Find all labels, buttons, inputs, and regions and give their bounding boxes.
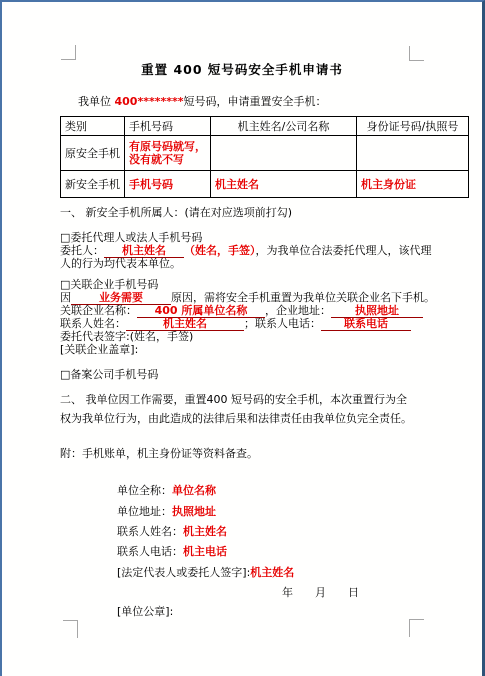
- agent-sign-note: （姓名，手签）: [184, 244, 256, 257]
- old-phone-note-line2: 没有就不写: [129, 153, 206, 166]
- affiliate-phone-value: 联系电话: [344, 317, 388, 330]
- table-row: 新安全手机 手机号码 机主姓名 机主身份证: [61, 171, 469, 198]
- contact-row-company-name: 单位全称：单位名称: [117, 484, 216, 497]
- agent-line1-post: ，为我单位合法委托代理人，该代理: [256, 244, 432, 257]
- affiliate-reason-line: 因业务需要原因，需将安全手机重置为我单位关联企业名下手机。: [60, 291, 435, 305]
- legal-representative-sign-line: [法定代表人或委托人签字]:机主姓名: [117, 566, 294, 579]
- option-agent-line: □委托代理人或法人手机号码: [60, 231, 202, 244]
- document-title: 重置 400 短号码安全手机申请书: [2, 63, 482, 76]
- table-header-row: 类别 手机号码 机主姓名/公司名称 身份证号码/执照号: [61, 117, 469, 136]
- col-header-category: 类别: [61, 117, 125, 136]
- cell-new-phone-category: 新安全手机: [61, 171, 125, 198]
- affiliate-reason-value: 业务需要: [99, 291, 143, 304]
- option-registered-line: □备案公司手机号码: [60, 368, 158, 381]
- contact-value: 机主姓名: [183, 525, 227, 538]
- checkbox-agent-option[interactable]: □: [60, 231, 70, 244]
- affiliate-phone-blank: 联系电话: [321, 318, 411, 331]
- contact-row-person-name: 联系人姓名：机主姓名: [117, 525, 227, 538]
- cell-old-id-empty: [357, 136, 469, 171]
- col-header-phone-number: 手机号码: [125, 117, 211, 136]
- agent-line1-pre: 委托人：: [60, 244, 104, 257]
- sign-label: [法定代表人或委托人签字]:: [117, 566, 250, 579]
- contact-value: 单位名称: [172, 484, 216, 497]
- affiliate-addr-label: ，企业地址：: [265, 304, 331, 317]
- contact-value: 执照地址: [172, 505, 216, 518]
- crop-mark-top-right-icon: [409, 46, 424, 61]
- affiliate-contact-label: 联系人姓名：: [60, 317, 126, 330]
- contact-label: 联系人姓名：: [117, 525, 183, 538]
- cell-old-owner-empty: [211, 136, 357, 171]
- affiliate-phone-label: ；联系人电话：: [244, 317, 321, 330]
- affiliate-contact-value: 机主姓名: [163, 317, 207, 330]
- security-phone-table: 类别 手机号码 机主姓名/公司名称 身份证号码/执照号 原安全手机 有原号码就写…: [60, 116, 469, 198]
- affiliate-company-value: 400 所属单位名称: [155, 304, 248, 317]
- intro-line: 我单位 400********短号码，申请重置安全手机：: [78, 95, 326, 108]
- contact-row-person-phone: 联系人电话：机主电话: [117, 545, 227, 558]
- col-header-owner-name: 机主姓名/公司名称: [211, 117, 357, 136]
- affiliate-sign-line: 委托代表签字:(姓名，手签): [60, 330, 193, 343]
- option-affiliate-line: □关联企业手机号码: [60, 278, 158, 291]
- crop-mark-bottom-right-icon: [409, 619, 424, 637]
- affiliate-contact-line: 联系人姓名：机主姓名；联系人电话：联系电话: [60, 317, 411, 331]
- option-affiliate-label: 关联企业手机号码: [70, 278, 158, 291]
- cell-new-id-value: 机主身份证: [357, 171, 469, 198]
- company-seal-line: [单位公章]:: [117, 605, 173, 618]
- checkbox-registered-option[interactable]: □: [60, 368, 70, 381]
- cell-old-phone-note: 有原号码就写， 没有就不写: [125, 136, 211, 171]
- document-page: 重置 400 短号码安全手机申请书 我单位 400********短号码，申请重…: [0, 0, 485, 676]
- contact-label: 单位全称：: [117, 484, 172, 497]
- agent-detail-line2: 人的行为均代表本单位。: [60, 257, 181, 270]
- attachment-note: 附：手机账单，机主身份证等资料备查。: [60, 447, 258, 460]
- option-agent-label: 委托代理人或法人手机号码: [70, 231, 202, 244]
- affiliate-reason-post: 原因，需将安全手机重置为我单位关联企业名下手机。: [171, 291, 435, 304]
- sign-value: 机主姓名: [250, 566, 294, 579]
- affiliate-company-line: 关联企业名称：400 所属单位名称，企业地址：执照地址: [60, 304, 423, 318]
- affiliate-addr-value: 执照地址: [355, 304, 399, 317]
- intro-post: 短号码，申请重置安全手机：: [183, 95, 326, 108]
- crop-mark-bottom-left-icon: [63, 620, 78, 638]
- intro-400-number: 400********: [115, 95, 184, 108]
- affiliate-company-label: 关联企业名称：: [60, 304, 137, 317]
- crop-mark-top-left-icon: [61, 45, 76, 60]
- cell-old-phone-category: 原安全手机: [61, 136, 125, 171]
- date-line: 年 月 日: [282, 586, 359, 599]
- checkbox-affiliate-option[interactable]: □: [60, 278, 70, 291]
- section-two-line2: 权为我单位行为，由此造成的法律后果和法律责任由我单位负完全责任。: [60, 412, 412, 425]
- col-header-id-number: 身份证号码/执照号: [357, 117, 469, 136]
- table-row: 原安全手机 有原号码就写， 没有就不写: [61, 136, 469, 171]
- agent-name-value: 机主姓名: [122, 244, 166, 257]
- option-registered-label: 备案公司手机号码: [70, 368, 158, 381]
- old-phone-note-line1: 有原号码就写，: [129, 140, 206, 153]
- section-two-line1: 二、 我单位因工作需要，重置400 短号码的安全手机，本次重置行为全: [60, 393, 407, 406]
- affiliate-reason-pre: 因: [60, 291, 71, 304]
- section-one-heading: 一、 新安全手机所属人：(请在对应选项前打勾): [60, 206, 292, 219]
- affiliate-seal-line: [关联企业盖章]:: [60, 343, 138, 356]
- contact-label: 单位地址：: [117, 505, 172, 518]
- contact-label: 联系人电话：: [117, 545, 183, 558]
- agent-detail-line1: 委托人：机主姓名（姓名，手签），为我单位合法委托代理人，该代理: [60, 244, 432, 258]
- cell-new-phone-value: 手机号码: [125, 171, 211, 198]
- cell-new-owner-value: 机主姓名: [211, 171, 357, 198]
- contact-value: 机主电话: [183, 545, 227, 558]
- contact-row-company-address: 单位地址：执照地址: [117, 505, 216, 518]
- intro-pre: 我单位: [78, 95, 115, 108]
